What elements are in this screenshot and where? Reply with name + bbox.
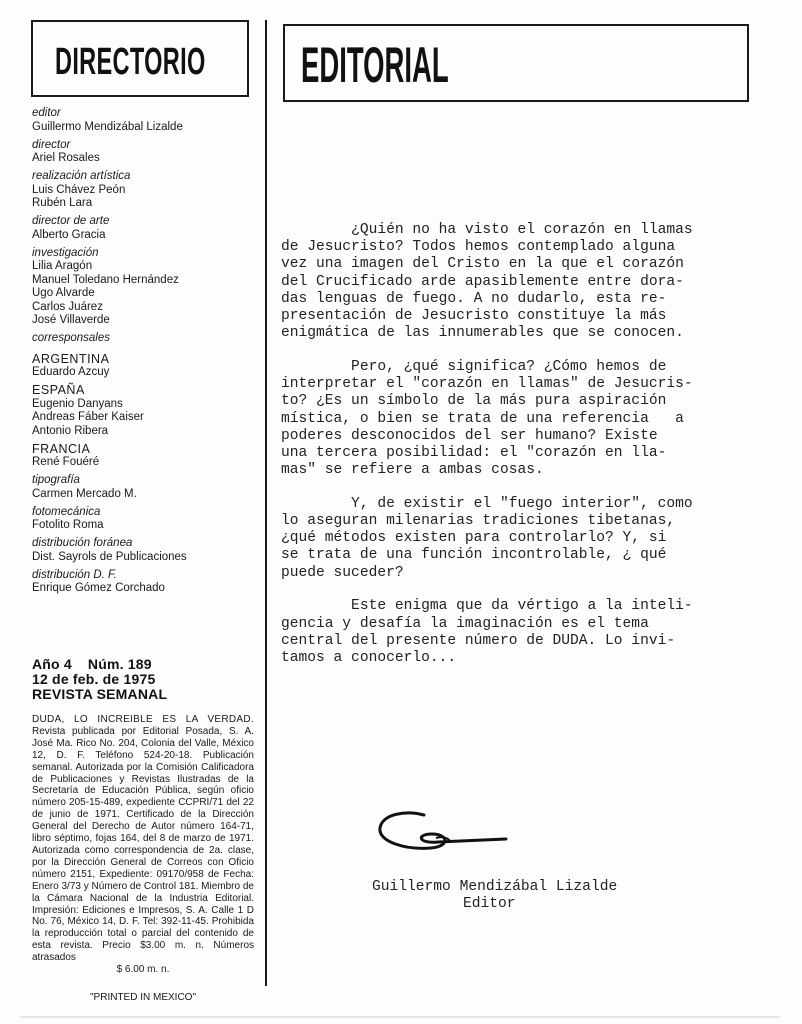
editorial-title: EDITORIAL bbox=[301, 40, 449, 90]
staff-name: Dist. Sayrols de Publicaciones bbox=[32, 551, 257, 565]
staff-role: director bbox=[32, 139, 257, 153]
editorial-paragraph: Este enigma que da vértigo a la inteli- … bbox=[281, 598, 781, 667]
staff-name: Ugo Alvarde bbox=[32, 287, 257, 301]
column-divider bbox=[265, 20, 267, 986]
editorial-paragraph: Y, de existir el "fuego interior", como … bbox=[281, 496, 781, 582]
staff-group: editorGuillermo Mendizábal Lizalde bbox=[32, 107, 257, 134]
staff-role: realización artística bbox=[32, 170, 257, 184]
staff-group: directorAriel Rosales bbox=[32, 139, 257, 166]
staff-role: fotomecánica bbox=[32, 506, 257, 520]
editorial-paragraph: ¿Quién no ha visto el corazón en llamas … bbox=[281, 222, 781, 342]
issue-year: Año 4 bbox=[32, 656, 72, 672]
staff-group: investigaciónLilia AragónManuel Toledano… bbox=[32, 247, 257, 328]
staff-name: Guillermo Mendizábal Lizalde bbox=[32, 121, 257, 135]
issue-number: Núm. 189 bbox=[88, 656, 152, 672]
staff-name: José Villaverde bbox=[32, 314, 257, 328]
back-issue-price: $ 6.00 m. n. bbox=[32, 964, 254, 976]
legal-heading: DUDA, LO INCREIBLE ES LA VERDAD. bbox=[32, 714, 254, 725]
staff-group: ESPAÑAEugenio DanyansAndreas Fáber Kaise… bbox=[32, 384, 257, 438]
issue-date: 12 de feb. de 1975 bbox=[32, 672, 167, 687]
printed-in-mexico: "PRINTED IN MEXICO" bbox=[32, 992, 254, 1003]
correspondent-country: ARGENTINA bbox=[32, 353, 257, 367]
staff-group: tipografíaCarmen Mercado M. bbox=[32, 474, 257, 501]
staff-role: director de arte bbox=[32, 215, 257, 229]
signature-role: Editor bbox=[463, 896, 516, 913]
staff-role: tipografía bbox=[32, 474, 257, 488]
staff-group: ARGENTINAEduardo Azcuy bbox=[32, 353, 257, 380]
staff-name: Ariel Rosales bbox=[32, 152, 257, 166]
issue-frequency: REVISTA SEMANAL bbox=[32, 687, 167, 702]
staff-group: distribución D. F.Enrique Gómez Corchado bbox=[32, 569, 257, 596]
staff-name: Fotolito Roma bbox=[32, 519, 257, 533]
staff-group: FRANCIARené Fouéré bbox=[32, 443, 257, 470]
staff-name: Carmen Mercado M. bbox=[32, 488, 257, 502]
staff-name: Enrique Gómez Corchado bbox=[32, 582, 257, 596]
staff-role: editor bbox=[32, 107, 257, 121]
staff-role: corresponsales bbox=[32, 332, 257, 346]
staff-role: distribución D. F. bbox=[32, 569, 257, 583]
staff-group: director de arteAlberto Gracia bbox=[32, 215, 257, 242]
staff-group: corresponsales bbox=[32, 332, 257, 346]
legal-text: Revista publicada por Editorial Posada, … bbox=[32, 726, 254, 963]
staff-name: Alberto Gracia bbox=[32, 229, 257, 243]
directorio-title: DIRECTORIO bbox=[55, 43, 206, 81]
correspondent-country: FRANCIA bbox=[32, 443, 257, 457]
correspondent-country: ESPAÑA bbox=[32, 384, 257, 398]
staff-name: René Fouéré bbox=[32, 456, 257, 470]
staff-group: fotomecánicaFotolito Roma bbox=[32, 506, 257, 533]
editorial-body: ¿Quién no ha visto el corazón en llamas … bbox=[281, 222, 781, 684]
staff-name: Andreas Fáber Kaiser bbox=[32, 411, 257, 425]
staff-group: realización artísticaLuis Chávez PeónRub… bbox=[32, 170, 257, 211]
staff-name: Eduardo Azcuy bbox=[32, 366, 257, 380]
staff-directory: editorGuillermo Mendizábal Lizaldedirect… bbox=[32, 107, 257, 600]
handwritten-signature-icon bbox=[376, 808, 526, 868]
staff-role: distribución foránea bbox=[32, 537, 257, 551]
staff-name: Rubén Lara bbox=[32, 197, 257, 211]
issue-year-number: Año 4Núm. 189 bbox=[32, 657, 167, 672]
staff-name: Luis Chávez Peón bbox=[32, 184, 257, 198]
editorial-paragraph: Pero, ¿qué significa? ¿Cómo hemos de int… bbox=[281, 359, 781, 479]
staff-role: investigación bbox=[32, 247, 257, 261]
issue-info: Año 4Núm. 189 12 de feb. de 1975 REVISTA… bbox=[32, 657, 167, 702]
directorio-header-box: DIRECTORIO bbox=[31, 20, 249, 97]
legal-notice: DUDA, LO INCREIBLE ES LA VERDAD. Revista… bbox=[32, 714, 254, 976]
magazine-page: DIRECTORIO editorGuillermo Mendizábal Li… bbox=[0, 0, 802, 1024]
staff-name: Carlos Juárez bbox=[32, 301, 257, 315]
staff-group: distribución foráneaDist. Sayrols de Pub… bbox=[32, 537, 257, 564]
staff-name: Manuel Toledano Hernández bbox=[32, 274, 257, 288]
staff-name: Eugenio Danyans bbox=[32, 398, 257, 412]
editorial-header-box: EDITORIAL bbox=[283, 24, 749, 102]
staff-name: Lilia Aragón bbox=[32, 260, 257, 274]
staff-name: Antonio Ribera bbox=[32, 425, 257, 439]
signature-name: Guillermo Mendizábal Lizalde bbox=[372, 879, 617, 896]
page-bottom-edge bbox=[20, 1016, 780, 1018]
